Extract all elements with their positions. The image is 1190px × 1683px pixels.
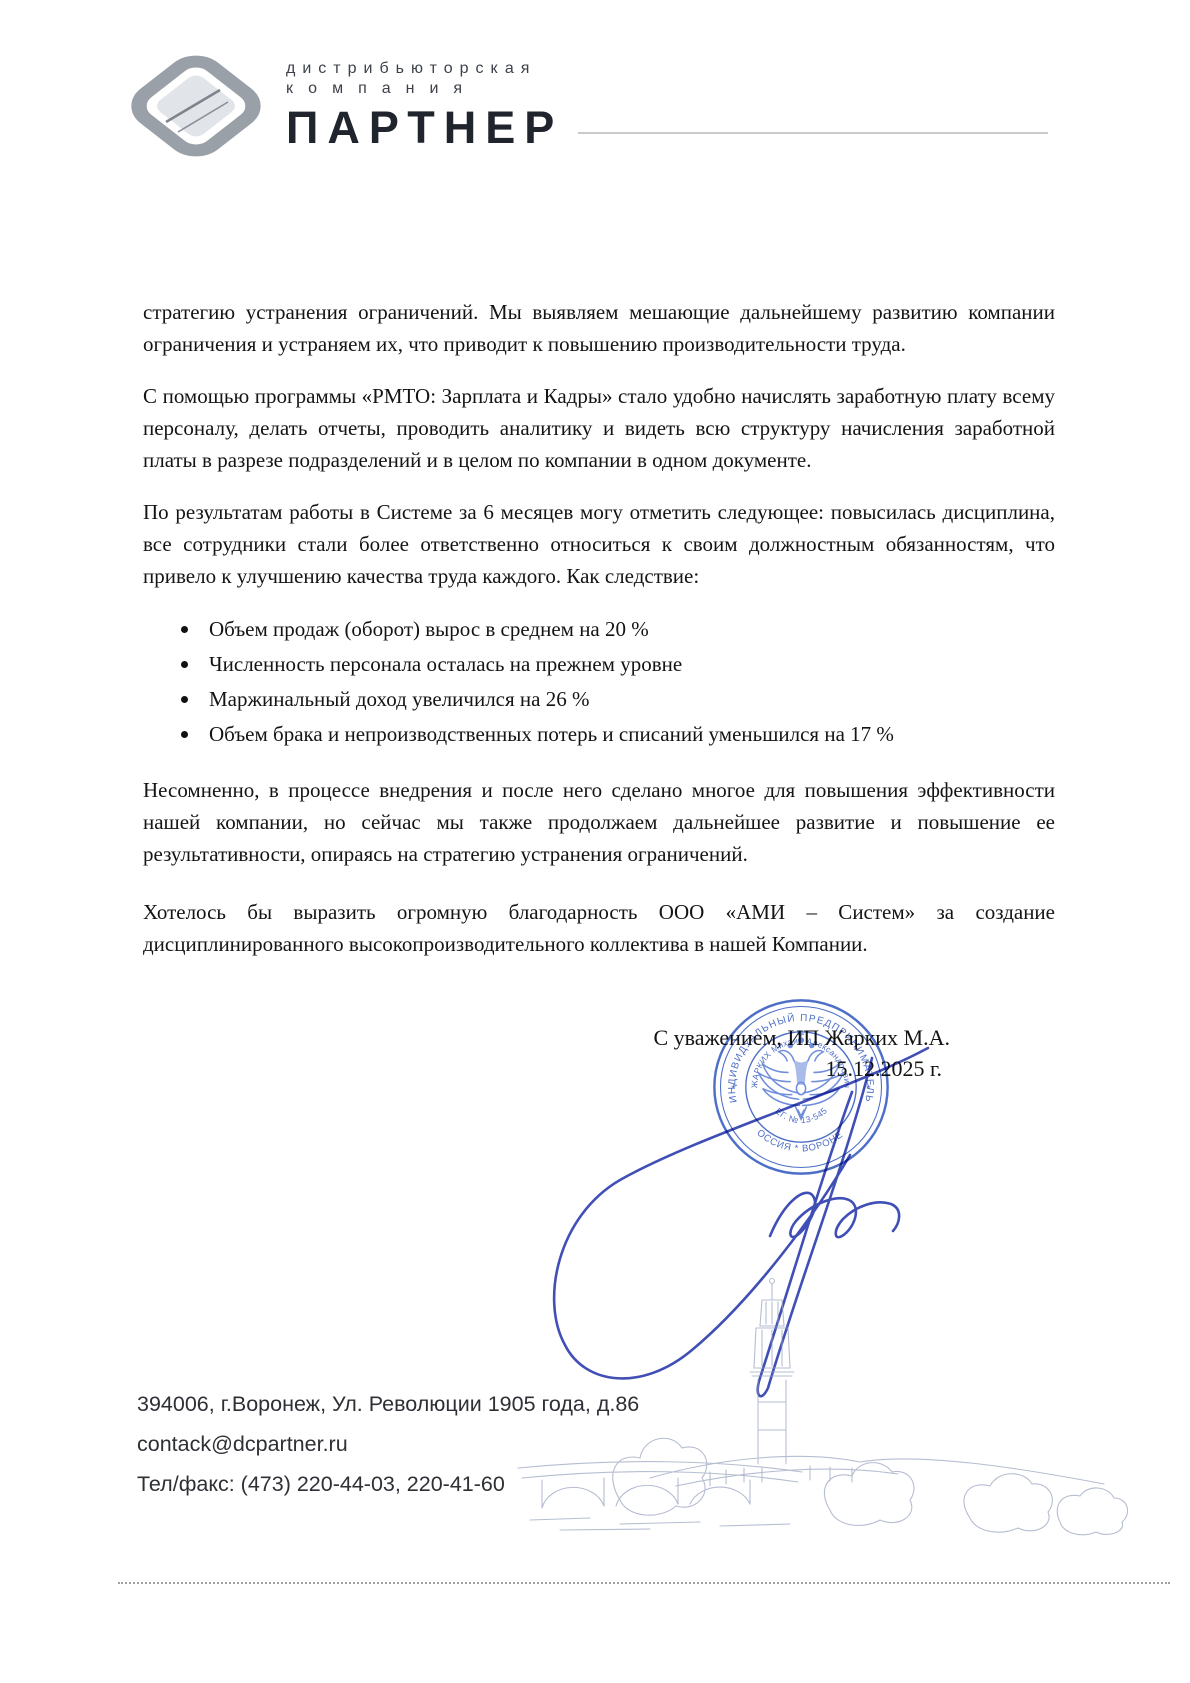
logo-tagline-line1: дистрибьюторская (286, 60, 563, 78)
bullet-text: Объем продаж (оборот) вырос в среднем на… (209, 617, 649, 641)
bullet-marker (181, 626, 188, 633)
stamp-reg-number: РЕГ. № 13-5450 (686, 972, 829, 1125)
footer-email: contack@dcpartner.ru (137, 1424, 639, 1464)
company-logo-icon (128, 48, 268, 168)
trees-sketch (613, 1438, 1128, 1534)
bullet-text: Численность персонала осталась на прежне… (209, 652, 682, 676)
letterhead-rule (578, 132, 1048, 134)
bullet-item: Маржинальный доход увеличился на 26 % (181, 682, 1055, 717)
stamp-star-left: * (731, 1084, 736, 1096)
company-name: ПАРТНЕР (286, 102, 563, 154)
bullet-text: Объем брака и непроизводственных потерь … (209, 722, 894, 746)
svg-text:РЕГ. № 13-5450: РЕГ. № 13-5450 (686, 972, 829, 1125)
dotted-divider (118, 1582, 1170, 1584)
paragraph-3: По результатам работы в Системе за 6 мес… (143, 496, 1055, 592)
letterhead: дистрибьюторская компания ПАРТНЕР (128, 48, 563, 168)
company-logo-type: дистрибьюторская компания ПАРТНЕР (286, 48, 563, 154)
footer-contacts: 394006, г.Воронеж, Ул. Революции 1905 го… (137, 1384, 639, 1504)
bullet-text: Маржинальный доход увеличился на 26 % (209, 687, 589, 711)
round-stamp: ИНДИВИДУАЛЬНЫЙ ПРЕДПРИНИМАТЕЛЬ РОССИЯ * … (686, 972, 916, 1202)
stamp-star-right: * (866, 1084, 871, 1096)
bullet-list: Объем продаж (оборот) вырос в среднем на… (181, 612, 1055, 752)
tower-sketch (750, 1279, 794, 1465)
scanned-letter-page: дистрибьюторская компания ПАРТНЕР страте… (0, 0, 1190, 1683)
hillside-sketch (650, 1456, 1104, 1486)
paragraph-4: Несомненно, в процессе внедрения и после… (143, 774, 1055, 870)
footer-address: 394006, г.Воронеж, Ул. Революции 1905 го… (137, 1384, 639, 1424)
letter-body: стратегию устранения ограничений. Мы выя… (143, 296, 1055, 980)
bullet-marker (181, 731, 188, 738)
bullet-marker (181, 696, 188, 703)
paragraph-2: С помощью программы «РМТО: Зарплата и Ка… (143, 380, 1055, 476)
bullet-marker (181, 661, 188, 668)
footer-phone: Тел/факс: (473) 220-44-03, 220-41-60 (137, 1464, 639, 1504)
bullet-item: Объем продаж (оборот) вырос в среднем на… (181, 612, 1055, 647)
paragraph-5: Хотелось бы выразить огромную благодарно… (143, 896, 1055, 960)
paragraph-1: стратегию устранения ограничений. Мы выя… (143, 296, 1055, 360)
bullet-item: Численность персонала осталась на прежне… (181, 647, 1055, 682)
bullet-item: Объем брака и непроизводственных потерь … (181, 717, 1055, 752)
logo-tagline-line2: компания (286, 80, 563, 98)
